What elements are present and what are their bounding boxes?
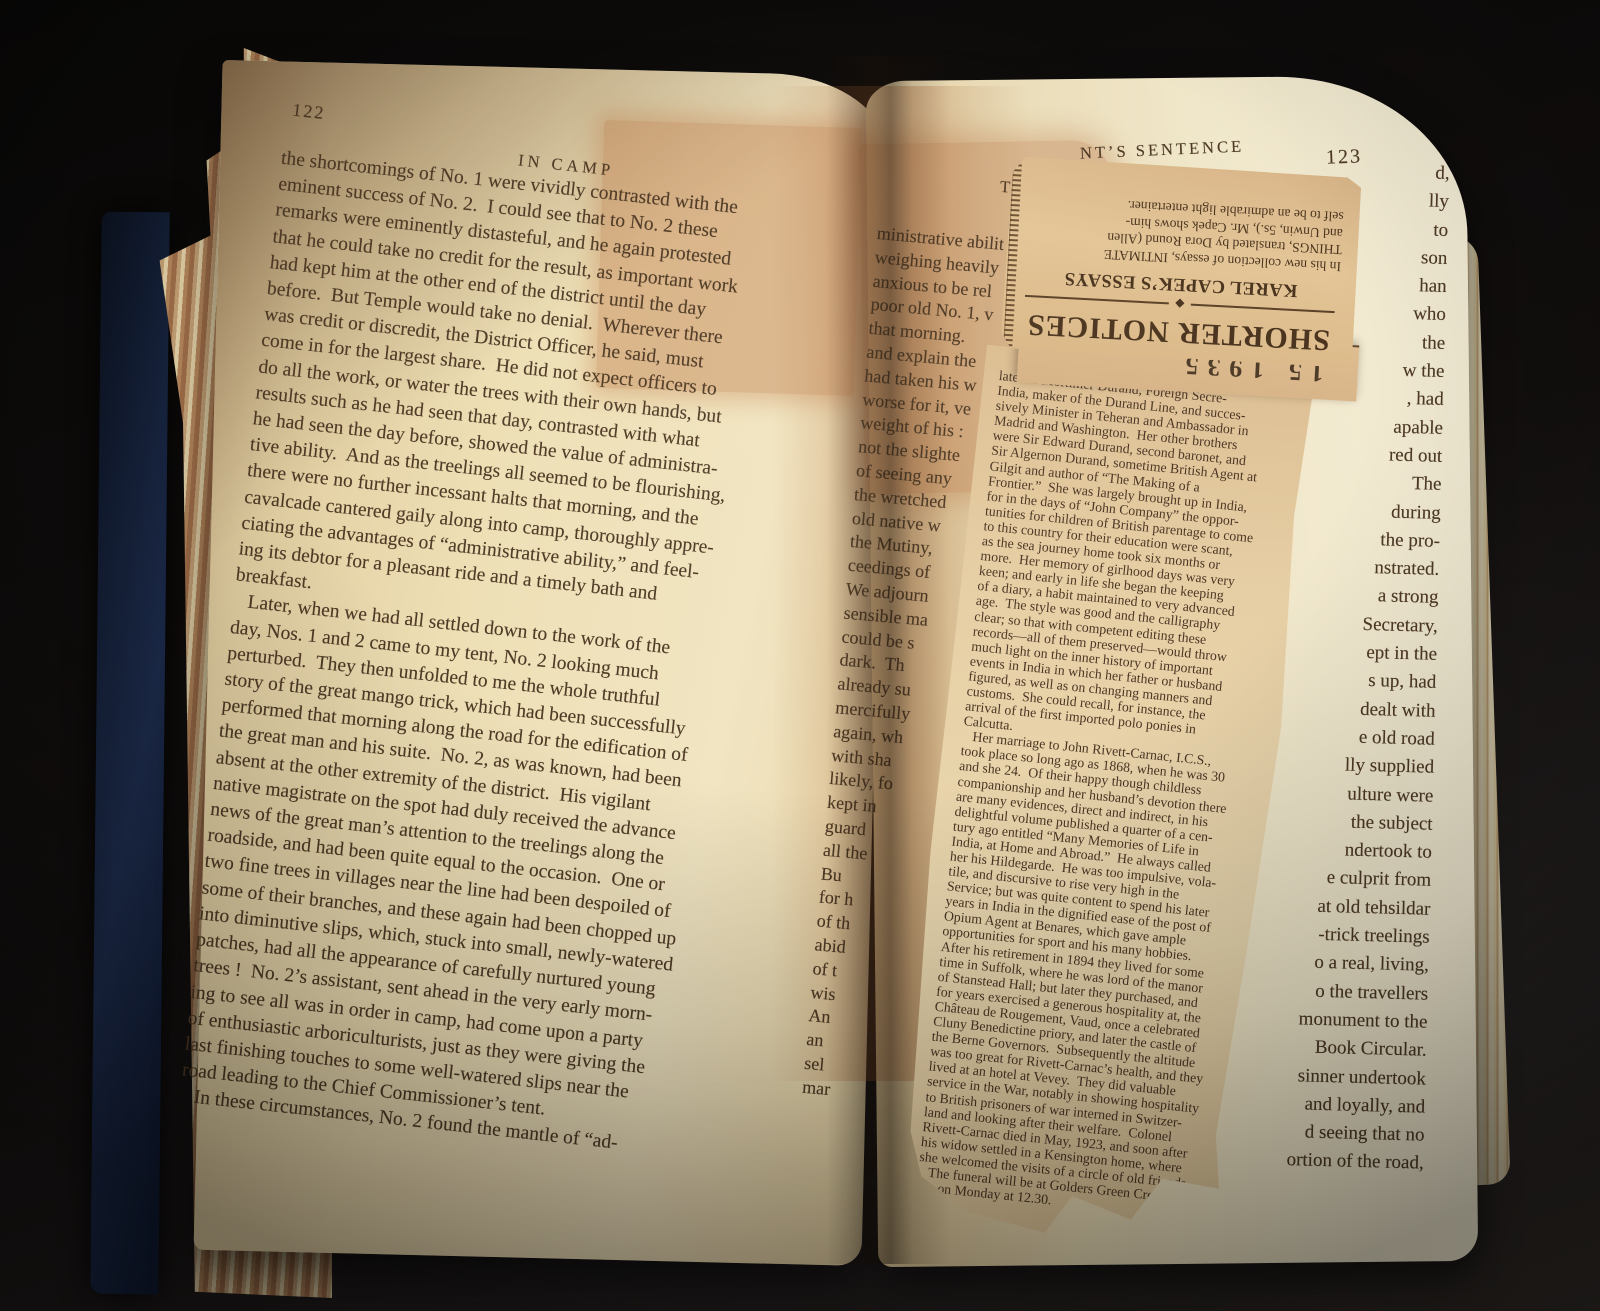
page-number-122: 122 xyxy=(291,97,327,127)
shorter-notices-content: SHORTER NOTICES ◆ KAREL CAPEK’S ESSAYS I… xyxy=(1000,185,1360,369)
book-cover-spine xyxy=(90,212,169,1295)
left-page-text: 122 IN CAMP the shortcomings of No. 1 we… xyxy=(178,96,853,1171)
left-page-body: the shortcomings of No. 1 were vividly c… xyxy=(178,146,847,1171)
book-photo: 122 IN CAMP the shortcomings of No. 1 we… xyxy=(0,0,1600,1311)
newspaper-clipping-shorter-notices: SHORTER NOTICES ◆ KAREL CAPEK’S ESSAYS I… xyxy=(1000,156,1362,368)
article-body: In his new collection of essays, INTIMAT… xyxy=(1023,191,1344,274)
